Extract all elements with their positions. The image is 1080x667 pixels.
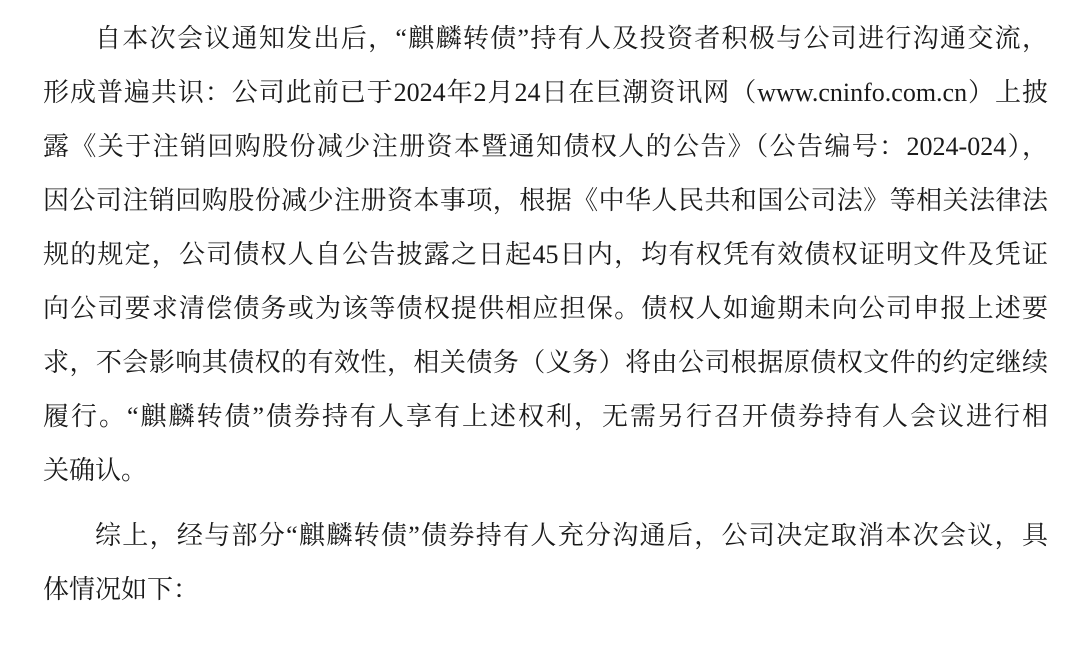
paragraph-meeting-cancellation: 综上，经与部分“麒麟转债”债券持有人充分沟通后，公司决定取消本次会议，具 体情况… [43, 509, 1048, 617]
document-text-line: 自本次会议通知发出后，“麒麟转债”持有人及投资者积极与公司进行沟通交流， [43, 12, 1048, 66]
document-text-line: 向公司要求清偿债务或为该等债权提供相应担保。债权人如逾期未向公司申报上述要 [43, 282, 1048, 336]
document-text-line: 体情况如下： [43, 563, 1048, 617]
document-text-line: 规的规定，公司债权人自公告披露之日起45日内，均有权凭有效债权证明文件及凭证 [43, 228, 1048, 282]
paragraph-communication-consensus: 自本次会议通知发出后，“麒麟转债”持有人及投资者积极与公司进行沟通交流， 形成普… [43, 12, 1048, 498]
document-text-line: 形成普遍共识：公司此前已于2024年2月24日在巨潮资讯网（www.cninfo… [43, 66, 1048, 120]
document-page: 自本次会议通知发出后，“麒麟转债”持有人及投资者积极与公司进行沟通交流， 形成普… [0, 0, 1080, 667]
document-text-line: 因公司注销回购股份减少注册资本事项，根据《中华人民共和国公司法》等相关法律法 [43, 174, 1048, 228]
document-text-line: 履行。“麒麟转债”债券持有人享有上述权利，无需另行召开债券持有人会议进行相 [43, 390, 1048, 444]
document-text-line: 求，不会影响其债权的有效性，相关债务（义务）将由公司根据原债权文件的约定继续 [43, 336, 1048, 390]
document-text-line: 露《关于注销回购股份减少注册资本暨通知债权人的公告》（公告编号：2024-024… [43, 120, 1048, 174]
document-text-line: 综上，经与部分“麒麟转债”债券持有人充分沟通后，公司决定取消本次会议，具 [43, 509, 1048, 563]
document-text-line: 关确认。 [43, 444, 1048, 498]
